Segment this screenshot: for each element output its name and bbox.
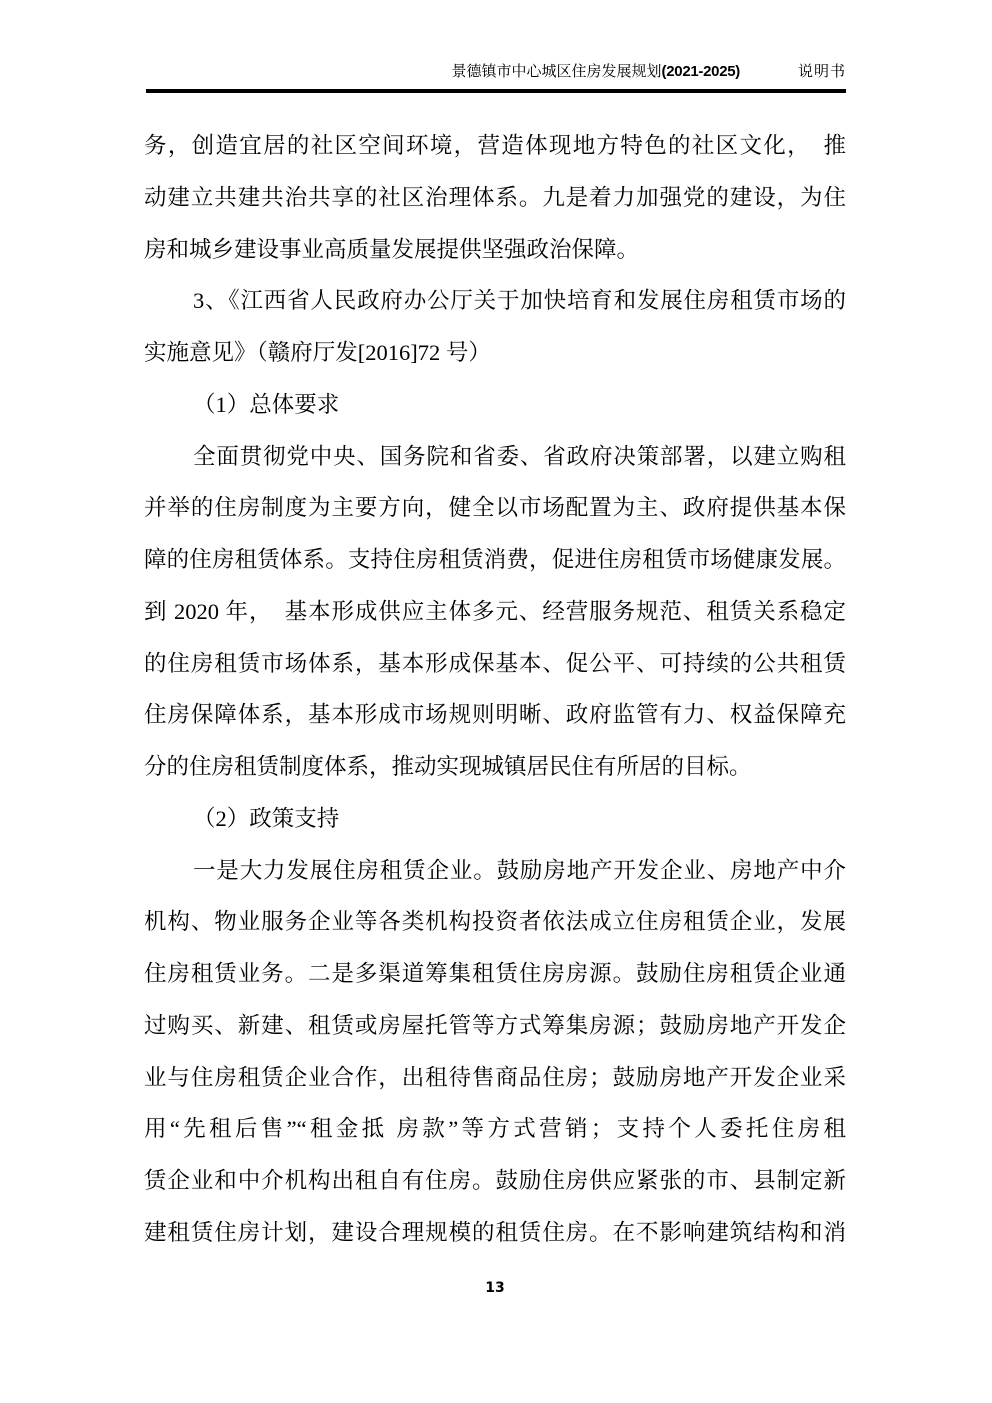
header: 景德镇市中心城区住房发展规划(2021-2025) 说明书: [146, 60, 846, 84]
header-title: 景德镇市中心城区住房发展规划(2021-2025): [452, 60, 740, 84]
body-line: 实施意见》（赣府厅发[2016]72 号）: [144, 327, 846, 379]
body-line: 全面贯彻党中央、国务院和省委、省政府决策部署，以建立购租: [144, 431, 846, 483]
body-line: 的住房租赁市场体系，基本形成保基本、促公平、可持续的公共租赁: [144, 638, 846, 690]
body-line: 务，创造宜居的社区空间环境，营造体现地方特色的社区文化， 推: [144, 120, 846, 172]
body-line: 障的住房租赁体系。支持住房租赁消费，促进住房租赁市场健康发展。: [144, 534, 846, 586]
body-line: 用“先租后售”“租金抵 房款”等方式营销；支持个人委托住房租: [144, 1103, 846, 1155]
header-title-years: (2021-2025): [662, 63, 740, 80]
header-rule: [146, 89, 846, 93]
body-line: 过购买、新建、租赁或房屋托管等方式筹集房源；鼓励房地产开发企: [144, 1000, 846, 1052]
page-number: 13: [144, 1278, 846, 1298]
body-line: 3、《江西省人民政府办公厅关于加快培育和发展住房租赁市场的: [144, 275, 846, 327]
document-page: 景德镇市中心城区住房发展规划(2021-2025) 说明书 务，创造宜居的社区空…: [0, 0, 992, 1403]
body-line: 住房租赁业务。二是多渠道筹集租赁住房房源。鼓励住房租赁企业通: [144, 948, 846, 1000]
body-line: 赁企业和中介机构出租自有住房。鼓励住房供应紧张的市、县制定新: [144, 1155, 846, 1207]
header-title-main: 景德镇市中心城区住房发展规划: [452, 64, 662, 80]
body-line: （2）政策支持: [144, 793, 846, 845]
paragraph: 一是大力发展住房租赁企业。鼓励房地产开发企业、房地产中介机构、物业服务企业等各类…: [144, 845, 846, 1259]
paragraph: 务，创造宜居的社区空间环境，营造体现地方特色的社区文化， 推动建立共建共治共享的…: [144, 120, 846, 275]
paragraph: （1）总体要求: [144, 379, 846, 431]
body-line: 住房保障体系，基本形成市场规则明晰、政府监管有力、权益保障充: [144, 689, 846, 741]
body-line: 动建立共建共治共享的社区治理体系。九是着力加强党的建设，为住: [144, 172, 846, 224]
header-doc-type: 说明书: [798, 60, 846, 84]
paragraph: 3、《江西省人民政府办公厅关于加快培育和发展住房租赁市场的实施意见》（赣府厅发[…: [144, 275, 846, 379]
body-line: 建租赁住房计划，建设合理规模的租赁住房。在不影响建筑结构和消: [144, 1207, 846, 1259]
body-line: 房和城乡建设事业高质量发展提供坚强政治保障。: [144, 224, 846, 276]
body-line: 分的住房租赁制度体系，推动实现城镇居民住有所居的目标。: [144, 741, 846, 793]
body-line: 到 2020 年， 基本形成供应主体多元、经营服务规范、租赁关系稳定: [144, 586, 846, 638]
document-body: 务，创造宜居的社区空间环境，营造体现地方特色的社区文化， 推动建立共建共治共享的…: [144, 120, 846, 1259]
body-line: 一是大力发展住房租赁企业。鼓励房地产开发企业、房地产中介: [144, 845, 846, 897]
body-line: （1）总体要求: [144, 379, 846, 431]
paragraph: （2）政策支持: [144, 793, 846, 845]
body-line: 业与住房租赁企业合作，出租待售商品住房；鼓励房地产开发企业采: [144, 1052, 846, 1104]
body-line: 并举的住房制度为主要方向，健全以市场配置为主、政府提供基本保: [144, 482, 846, 534]
paragraph: 全面贯彻党中央、国务院和省委、省政府决策部署，以建立购租并举的住房制度为主要方向…: [144, 431, 846, 793]
body-line: 机构、物业服务企业等各类机构投资者依法成立住房租赁企业，发展: [144, 896, 846, 948]
